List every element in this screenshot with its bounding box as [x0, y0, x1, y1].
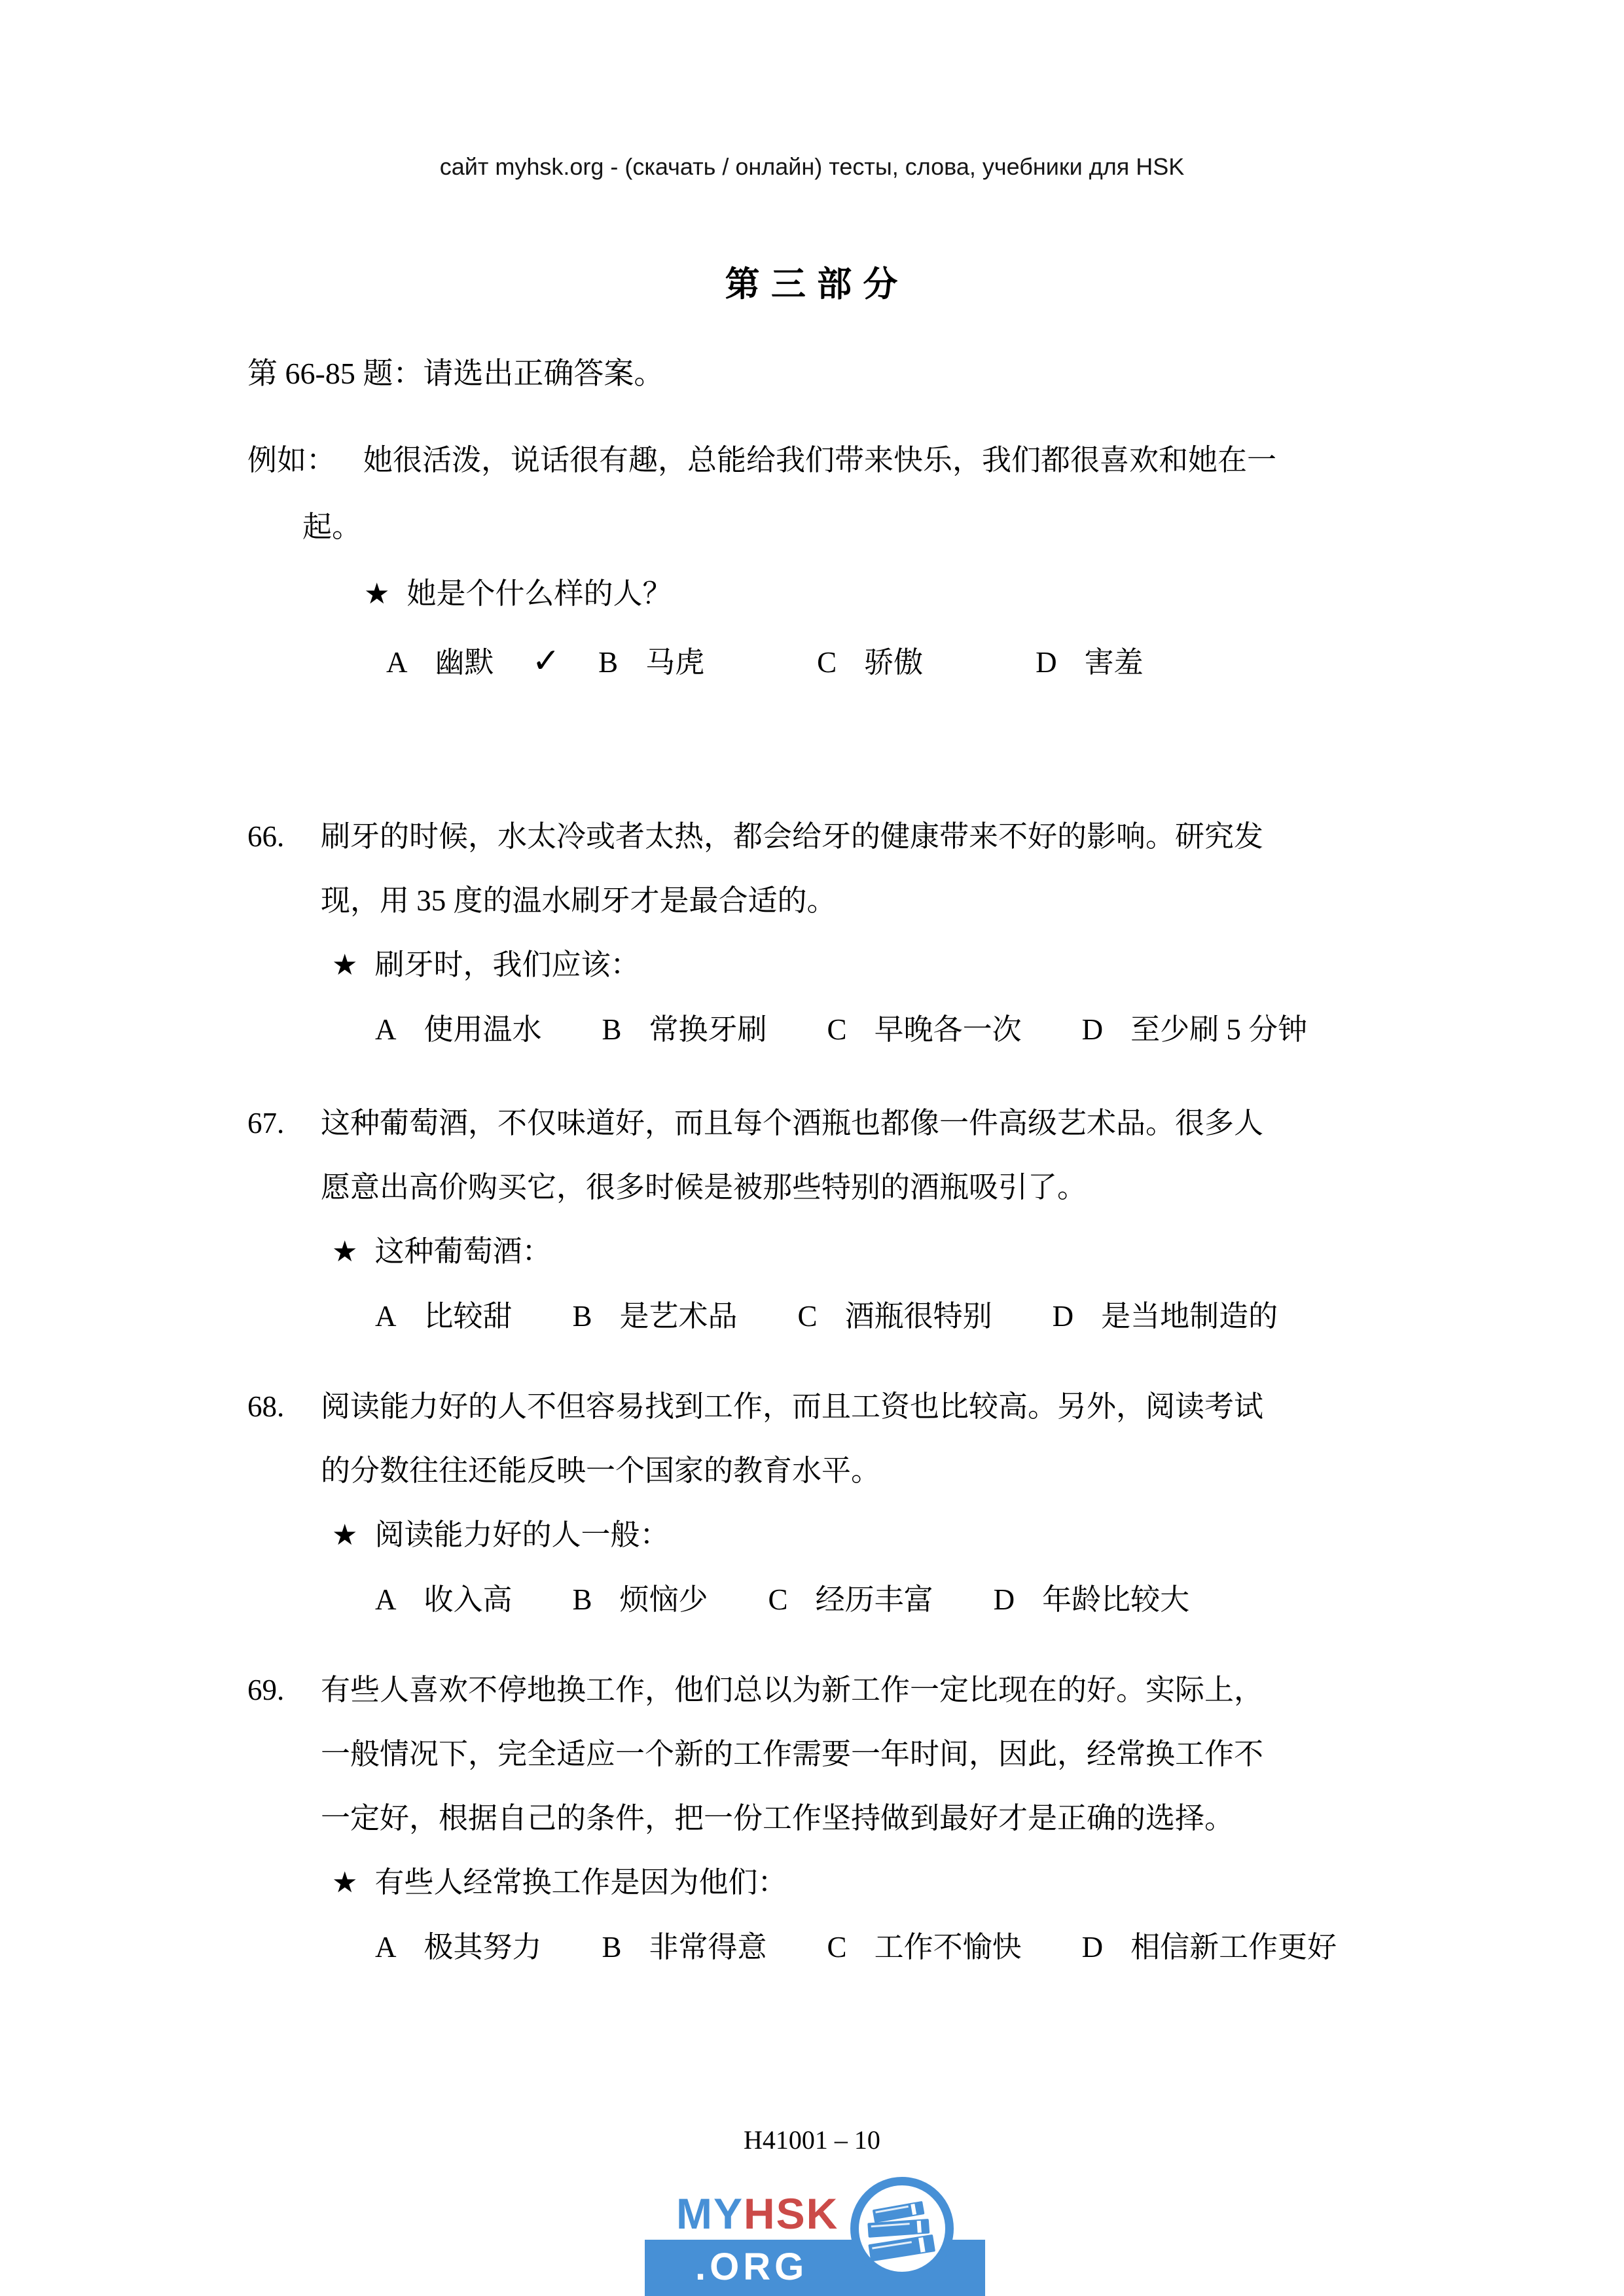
star-icon: ★: [332, 1503, 357, 1568]
option-b: B烦恼少: [573, 1568, 708, 1632]
option-d: D至少刷 5 分钟: [1082, 997, 1308, 1062]
star-icon: ★: [332, 1220, 357, 1284]
option-b: B 马虎: [598, 629, 704, 696]
option-text: 是艺术品: [620, 1284, 738, 1348]
option-text: 至少刷 5 分钟: [1130, 997, 1307, 1062]
site-note: сайт myhsk.org - (скачать / онлайн) тест…: [0, 153, 1624, 181]
option-a: A使用温水: [375, 997, 542, 1062]
question-prompt-line: ★刷牙时，我们应该：: [332, 933, 1624, 997]
question-prompt: 这种葡萄酒：: [374, 1235, 551, 1268]
question-67: 67. 这种葡萄酒，不仅味道好，而且每个酒瓶也都像一件高级艺术品。很多人 愿意出…: [0, 1091, 1624, 1348]
option-text: 工作不愉快: [875, 1915, 1022, 1979]
page-code: H41001 – 10: [0, 2125, 1624, 2155]
example-block: 例如：她很活泼，说话很有趣，总能给我们带来快乐，我们都很喜欢和她在一 起。 ★她…: [0, 427, 1624, 696]
option-letter: C: [768, 1568, 788, 1632]
example-text: 她很活泼，说话很有趣，总能给我们带来快乐，我们都很喜欢和她在一: [363, 444, 1276, 476]
section-instruction: 第 66-85 题：请选出正确答案。: [247, 350, 664, 393]
options-row: A极其努力 B非常得意 C工作不愉快 D相信新工作更好: [375, 1915, 1624, 1979]
options-row: A使用温水 B常换牙刷 C早晚各一次 D至少刷 5 分钟: [375, 997, 1624, 1062]
exam-page: сайт myhsk.org - (скачать / онлайн) тест…: [0, 0, 1624, 2296]
option-letter: A: [375, 997, 397, 1062]
option-letter: C: [827, 997, 847, 1062]
options-row: A收入高 B烦恼少 C经历丰富 D年龄比较大: [375, 1568, 1624, 1632]
option-letter: B: [598, 629, 618, 696]
option-letter: B: [602, 1915, 622, 1979]
question-text-line: 的分数往往还能反映一个国家的教育水平。: [321, 1439, 1624, 1503]
option-a: A收入高: [375, 1568, 513, 1632]
options-row: A比较甜 B是艺术品 C酒瓶很特别 D是当地制造的: [375, 1284, 1624, 1348]
option-text: 经历丰富: [816, 1568, 933, 1632]
option-d: D是当地制造的: [1053, 1284, 1278, 1348]
option-c: C经历丰富: [768, 1568, 933, 1632]
question-number: 68.: [247, 1374, 284, 1439]
option-a: A极其努力: [375, 1915, 542, 1979]
option-letter: D: [1082, 1915, 1104, 1979]
option-d: D 害羞: [1036, 629, 1144, 696]
question-prompt-line: ★阅读能力好的人一般：: [332, 1503, 1624, 1568]
example-label: 例如：: [247, 444, 336, 476]
option-text: 酒瓶很特别: [845, 1284, 992, 1348]
question-prompt: 刷牙时，我们应该：: [374, 948, 640, 981]
option-text: 幽默: [435, 629, 494, 696]
option-letter: D: [1036, 629, 1057, 696]
question-prompt-line: ★有些人经常换工作是因为他们：: [332, 1850, 1624, 1915]
option-c: C酒瓶很特别: [798, 1284, 992, 1348]
logo-hsk: HSK: [744, 2189, 839, 2238]
option-d: D相信新工作更好: [1082, 1915, 1337, 1979]
example-options-row: A 幽默 ✓ B 马虎 C 骄傲 D 害羞: [0, 628, 1624, 696]
option-text: 常换牙刷: [649, 997, 767, 1062]
question-prompt-line: ★这种葡萄酒：: [332, 1219, 1624, 1284]
question-69: 69. 有些人喜欢不停地换工作，他们总以为新工作一定比现在的好。实际上， 一般情…: [0, 1658, 1624, 1979]
question-text-line: 刷牙的时候，水太冷或者太热，都会给牙的健康带来不好的影响。研究发: [321, 804, 1624, 869]
option-c: C早晚各一次: [827, 997, 1022, 1062]
option-a: A 幽默: [386, 629, 494, 696]
example-question: 她是个什么样的人？: [406, 577, 672, 610]
question-number: 66.: [247, 804, 284, 869]
option-text: 是当地制造的: [1101, 1284, 1278, 1348]
question-prompt: 阅读能力好的人一般：: [374, 1518, 669, 1551]
option-c: C工作不愉快: [827, 1915, 1022, 1979]
option-letter: C: [827, 1915, 847, 1979]
logo-my: MY: [676, 2189, 744, 2238]
option-letter: B: [602, 997, 622, 1062]
option-text: 比较甜: [424, 1284, 513, 1348]
star-icon: ★: [332, 933, 357, 997]
option-letter: D: [994, 1568, 1015, 1632]
option-text: 收入高: [424, 1568, 513, 1632]
question-68: 68. 阅读能力好的人不但容易找到工作，而且工资也比较高。另外，阅读考试 的分数…: [0, 1374, 1624, 1632]
example-line: 例如：她很活泼，说话很有趣，总能给我们带来快乐，我们都很喜欢和她在一: [0, 427, 1624, 493]
question-text-line: 有些人喜欢不停地换工作，他们总以为新工作一定比现在的好。实际上，: [321, 1658, 1624, 1722]
books-icon: [861, 2193, 944, 2266]
question-text-line: 阅读能力好的人不但容易找到工作，而且工资也比较高。另外，阅读考试: [321, 1374, 1624, 1439]
option-b: B非常得意: [602, 1915, 767, 1979]
option-text: 年龄比较大: [1042, 1568, 1189, 1632]
question-text-line: 一般情况下，完全适应一个新的工作需要一年时间，因此，经常换工作不: [321, 1722, 1624, 1786]
option-letter: D: [1082, 997, 1104, 1062]
example-question-line: ★她是个什么样的人？: [0, 560, 1624, 628]
option-d: D年龄比较大: [994, 1568, 1190, 1632]
option-letter: D: [1053, 1284, 1074, 1348]
option-b: B常换牙刷: [602, 997, 767, 1062]
option-text: 烦恼少: [620, 1568, 708, 1632]
option-text: 极其努力: [424, 1915, 542, 1979]
question-text-line: 愿意出高价购买它，很多时候是被那些特别的酒瓶吸引了。: [321, 1155, 1624, 1219]
option-letter: A: [375, 1568, 397, 1632]
option-letter: A: [375, 1915, 397, 1979]
option-a: A比较甜: [375, 1284, 513, 1348]
option-text: 马虎: [645, 629, 704, 696]
question-number: 69.: [247, 1658, 284, 1722]
option-letter: B: [573, 1284, 592, 1348]
option-letter: A: [386, 629, 408, 696]
question-text-line: 现，用 35 度的温水刷牙才是最合适的。: [321, 869, 1624, 933]
star-icon: ★: [332, 1851, 357, 1915]
option-b: B是艺术品: [573, 1284, 738, 1348]
option-letter: A: [375, 1284, 397, 1348]
option-text: 非常得意: [649, 1915, 767, 1979]
option-letter: B: [573, 1568, 592, 1632]
star-icon: ★: [364, 561, 389, 628]
question-text-line: 这种葡萄酒，不仅味道好，而且每个酒瓶也都像一件高级艺术品。很多人: [321, 1091, 1624, 1155]
option-text: 早晚各一次: [875, 997, 1022, 1062]
question-number: 67.: [247, 1091, 284, 1155]
option-text: 使用温水: [424, 997, 542, 1062]
logo-org: .ORG: [695, 2245, 808, 2289]
option-text: 害羞: [1085, 629, 1144, 696]
check-icon: ✓: [532, 628, 561, 694]
option-text: 相信新工作更好: [1130, 1915, 1337, 1979]
question-prompt: 有些人经常换工作是因为他们：: [374, 1866, 787, 1899]
question-66: 66. 刷牙的时候，水太冷或者太热，都会给牙的健康带来不好的影响。研究发 现，用…: [0, 804, 1624, 1062]
section-title: 第 三 部 分: [0, 257, 1624, 306]
option-letter: C: [798, 1284, 818, 1348]
example-line: 起。: [0, 493, 1624, 560]
option-c: C 骄傲: [817, 629, 923, 696]
option-letter: C: [817, 629, 837, 696]
question-text-line: 一定好，根据自己的条件，把一份工作坚持做到最好才是正确的选择。: [321, 1786, 1624, 1850]
logo-wordmark: MYHSK: [676, 2189, 839, 2238]
option-text: 骄傲: [864, 629, 923, 696]
